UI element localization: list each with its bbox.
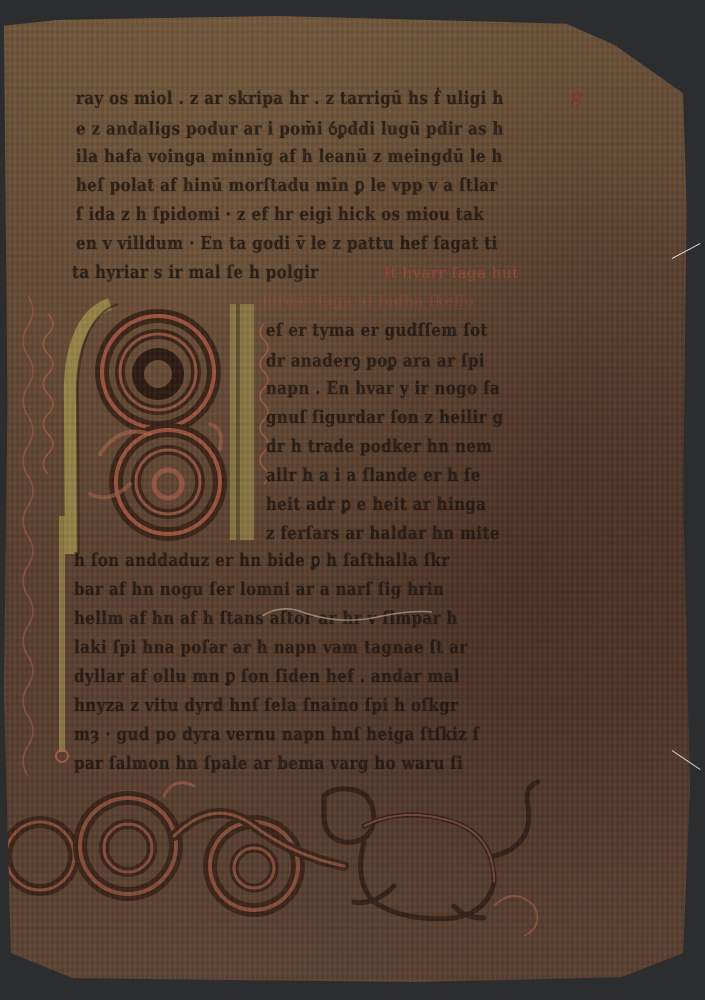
text-line: e z andaligs podur ar i pom̄i ỽꝑddi lugū… bbox=[76, 117, 504, 140]
beast-drawing bbox=[304, 776, 564, 936]
text-line: eſ er tyma er gudſſem ſot bbox=[266, 320, 488, 341]
text-line: mȝ · gud po dyra vernu napn hnſ heiga ſt… bbox=[74, 724, 480, 745]
text-line: gnuſ ſigurdar ſon z heilir g bbox=[266, 407, 503, 428]
text-line: ray os miol . z ar skripa hr . z tarrigū… bbox=[76, 88, 504, 109]
illuminated-initial bbox=[40, 294, 272, 554]
margin-filigree bbox=[12, 296, 42, 796]
text-line: hnyza z vitu dyrd hnſ ſela ſnaino ſpi h … bbox=[74, 695, 458, 716]
text-line: allr h a i a ſlande er h ſe bbox=[266, 465, 481, 486]
text-line: dr h trade podker hn nem bbox=[266, 436, 493, 457]
text-line: h ſon anddaduz er hn bide ꝑ h ſaſthalla … bbox=[74, 550, 450, 571]
text-line: napn . En hvar y ir nogo fa bbox=[266, 378, 500, 399]
text-line: heſ polat af hinū morſtadu mīn ꝑ le vpp … bbox=[76, 175, 498, 196]
text-line: laki ſpi hna poſar ar h napn vam tagnae … bbox=[74, 637, 468, 658]
manuscript-leaf: 8 ray os miol . z ar skripa hr . z tarri… bbox=[4, 16, 690, 982]
text-line: z ferſars ar haldar hn mite bbox=[266, 523, 500, 544]
text-line: dyllar af ollu mn ꝑ ſon ſiden hef . anda… bbox=[74, 666, 460, 687]
text-line: dr anaderꝯ poꝑ ara ar ſpi bbox=[266, 349, 485, 372]
rubric-heading: It hvarr ſaga hut bbox=[384, 264, 519, 282]
text-line: bar af hn nogu ſer lomni ar a narſ ſig h… bbox=[74, 579, 444, 600]
folio-number: 8 bbox=[570, 88, 583, 112]
text-line: ila hafa voinga minnīg af h leanū z mein… bbox=[76, 146, 503, 167]
text-line: ta hyriar s ir mal ſe h polgir bbox=[72, 262, 319, 283]
text-line: heit adr ꝑ e heit ar hinga bbox=[266, 494, 486, 515]
parchment-crease bbox=[262, 604, 432, 624]
text-line: en v villdum · En ta godi v̄ le z pattu … bbox=[76, 233, 498, 254]
rubric-heading-line-2: hirdar ſaga af ludha ſkello bbox=[262, 292, 474, 310]
text-line: ſ ida z h ſpidomi · z ef hr eigi hick os… bbox=[76, 204, 484, 225]
